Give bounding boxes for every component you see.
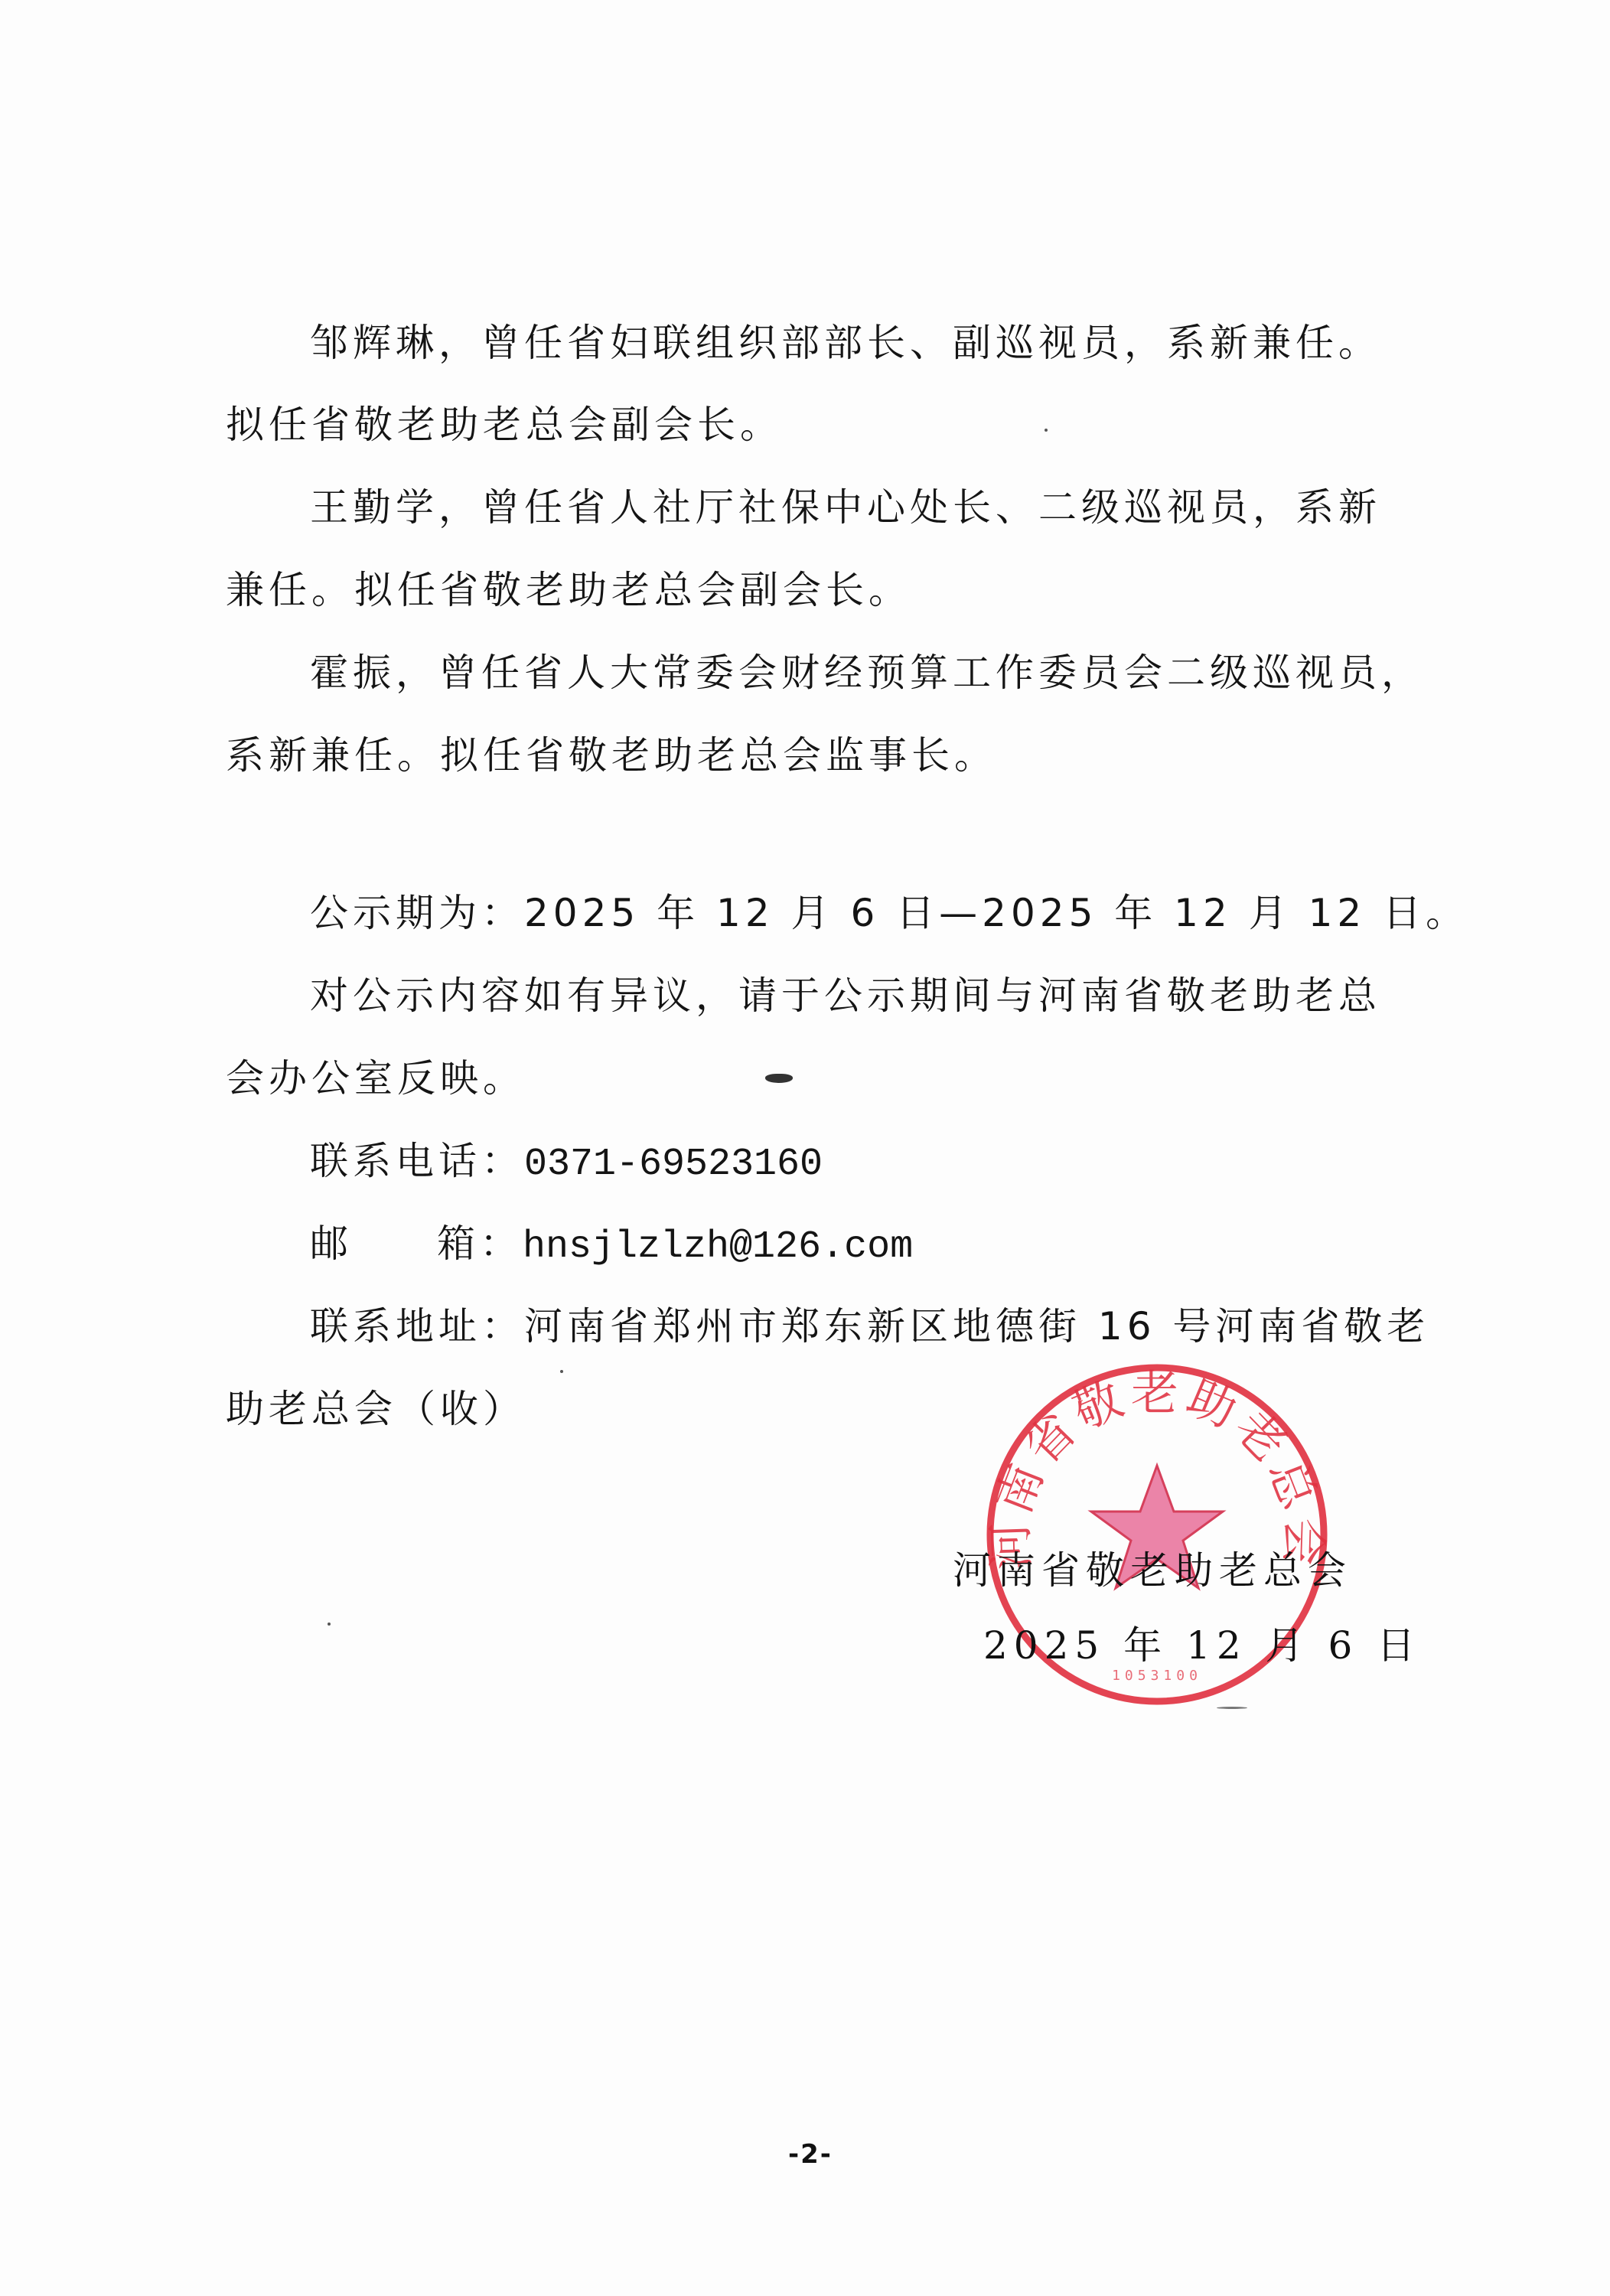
contact-email-row: 邮箱：hnsjlzlzh@126.com (310, 1221, 913, 1270)
notice-period: 公示期为：2025 年 12 月 6 日—2025 年 12 月 12 日。 (310, 890, 1468, 936)
paragraph-2-line-1: 王勤学，曾任省人社厅社保中心处长、二级巡视员，系新 (310, 484, 1381, 530)
paragraph-2-line-2: 兼任。拟任省敬老助老总会副会长。 (226, 567, 911, 613)
contact-phone-row: 联系电话：0371-69523160 (310, 1138, 823, 1188)
scan-speck (328, 1623, 331, 1626)
phone-label: 联系电话： (310, 1139, 524, 1183)
page-number: -2- (788, 2139, 833, 2170)
svg-text:1053100: 1053100 (1112, 1668, 1202, 1684)
email-label-char-2: 箱： (437, 1221, 523, 1266)
document-page: 邹辉琳，曾任省妇联组织部部长、副巡视员，系新兼任。 拟任省敬老助老总会副会长。 … (0, 0, 1610, 2296)
paragraph-3-line-1: 霍振，曾任省人大常委会财经预算工作委员会二级巡视员， (310, 650, 1424, 696)
phone-number: 0371-69523160 (524, 1143, 823, 1186)
scan-mark (765, 1074, 793, 1083)
contact-address-line-2: 助老总会（收） (226, 1386, 526, 1432)
scan-speck (1045, 429, 1048, 432)
objection-line-2: 会办公室反映。 (226, 1055, 526, 1101)
email-label-char-1: 邮 (310, 1221, 353, 1266)
paragraph-1-line-1: 邹辉琳，曾任省妇联组织部部长、副巡视员，系新兼任。 (310, 320, 1381, 366)
scan-speck (560, 1370, 563, 1373)
signature-date: 2025 年 12 月 6 日 (983, 1615, 1421, 1670)
email-address: hnsjlzlzh@126.com (523, 1225, 913, 1269)
contact-address-line-1: 联系地址：河南省郑州市郑东新区地德街 16 号河南省敬老 (310, 1303, 1429, 1349)
scan-speck (1217, 1707, 1247, 1709)
paragraph-3-line-2: 系新兼任。拟任省敬老助老总会监事长。 (226, 732, 997, 778)
paragraph-1-line-2: 拟任省敬老助老总会副会长。 (226, 402, 783, 448)
objection-line-1: 对公示内容如有异议，请于公示期间与河南省敬老助老总 (310, 973, 1381, 1019)
signature-organization: 河南省敬老助老总会 (953, 1540, 1352, 1595)
